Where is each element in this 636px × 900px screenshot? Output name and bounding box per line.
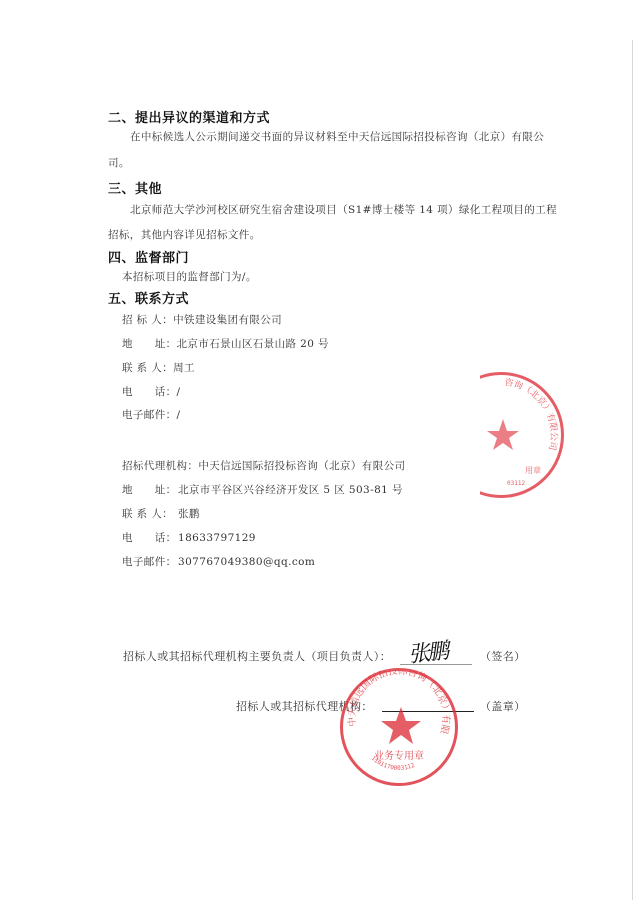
tenderer-email-row: 电子邮件：/ <box>122 407 180 422</box>
tenderer-email-label: 电子邮件： <box>122 407 177 422</box>
edge-seal-stamp-clip: 咨询（北京）有限公司 用章 03112 <box>480 372 564 498</box>
seal-center-text: 业务专用章 <box>374 749 424 762</box>
tenderer-address-label: 地 址： <box>122 336 177 351</box>
agency-email-label: 电子邮件： <box>122 554 178 569</box>
agency-address-value: 北京市平谷区兴谷经济开发区 5 区 503-81 号 <box>178 484 403 496</box>
agency-name-row: 招标代理机构：中天信远国际招投标咨询（北京）有限公司 <box>122 458 405 473</box>
tenderer-name-row: 招 标 人：中铁建设集团有限公司 <box>122 312 282 327</box>
section-heading-supervision: 四、监督部门 <box>108 247 189 266</box>
edge-seal-ring-text: 咨询（北京）有限公司 <box>504 376 559 451</box>
svg-text:咨询（北京）有限公司: 咨询（北京）有限公司 <box>504 376 559 451</box>
agency-address-row: 地 址：北京市平谷区兴谷经济开发区 5 区 503-81 号 <box>122 482 403 497</box>
edge-seal-stamp: 咨询（北京）有限公司 用章 03112 <box>480 372 564 498</box>
agency-phone-value: 18633797129 <box>178 532 256 544</box>
tenderer-name-value: 中铁建设集团有限公司 <box>173 314 282 326</box>
agency-contact-row: 联 系 人：张鹏 <box>122 506 200 521</box>
agency-email-value: 307767049380@qq.com <box>178 556 315 568</box>
tenderer-contact-label: 联 系 人： <box>122 360 173 375</box>
tenderer-email-value: / <box>177 409 181 421</box>
agency-name-value: 中天信远国际招投标咨询（北京）有限公司 <box>198 460 405 472</box>
section-paragraph-cont: 司。 <box>108 155 130 170</box>
agency-contact-value: 张鹏 <box>178 508 200 520</box>
tenderer-contact-value: 周工 <box>173 362 195 374</box>
section-paragraph: 在中标候选人公示期间递交书面的异议材料至中天信远国际招投标咨询（北京）有限公 <box>130 129 544 144</box>
seal-star-icon: 中天信远国际招投标咨询（北京）有限公司 业务专用章 1101170003112 <box>343 671 455 783</box>
edge-seal-star-icon: 咨询（北京）有限公司 用章 03112 <box>480 375 561 495</box>
agency-name-label: 招标代理机构： <box>122 458 198 473</box>
company-seal-stamp: 中天信远国际招投标咨询（北京）有限公司 业务专用章 1101170003112 <box>340 668 458 786</box>
tenderer-phone-label: 电 话： <box>122 384 177 399</box>
tenderer-phone-row: 电 话：/ <box>122 384 180 399</box>
tenderer-phone-value: / <box>177 386 181 398</box>
agency-contact-label: 联 系 人： <box>122 506 178 521</box>
section-heading-objection-channel: 二、提出异议的渠道和方式 <box>108 107 270 126</box>
agency-email-row: 电子邮件：307767049380@qq.com <box>122 554 315 569</box>
agency-phone-label: 电 话： <box>122 530 178 545</box>
seal-suffix: （盖章） <box>480 698 526 714</box>
tenderer-contact-row: 联 系 人：周工 <box>122 360 195 375</box>
scan-edge-line <box>632 40 633 900</box>
agency-phone-row: 电 话：18633797129 <box>122 530 256 545</box>
tenderer-address-value: 北京市石景山区石景山路 20 号 <box>177 338 329 350</box>
signature-suffix: （签名） <box>480 648 526 664</box>
section-paragraph: 北京师范大学沙河校区研究生宿舍建设项目（S1#博士楼等 14 项）绿化工程项目的… <box>130 202 557 217</box>
edge-seal-center-text: 用章 <box>525 465 541 475</box>
document-page: 二、提出异议的渠道和方式 在中标候选人公示期间递交书面的异议材料至中天信远国际招… <box>0 0 636 900</box>
section-heading-contact: 五、联系方式 <box>108 288 189 307</box>
tenderer-address-row: 地 址：北京市石景山区石景山路 20 号 <box>122 336 329 351</box>
agency-address-label: 地 址： <box>122 482 178 497</box>
edge-seal-number: 03112 <box>507 480 525 487</box>
section-heading-other: 三、其他 <box>108 178 162 197</box>
tenderer-name-label: 招 标 人： <box>122 312 173 327</box>
section-paragraph: 本招标项目的监督部门为/。 <box>122 269 257 284</box>
responsible-person-label: 招标人或其招标代理机构主要负责人（项目负责人）： <box>123 648 391 664</box>
handwritten-signature: 张鹏 <box>406 634 447 669</box>
section-paragraph-cont: 招标，其他内容详见招标文件。 <box>108 227 261 242</box>
